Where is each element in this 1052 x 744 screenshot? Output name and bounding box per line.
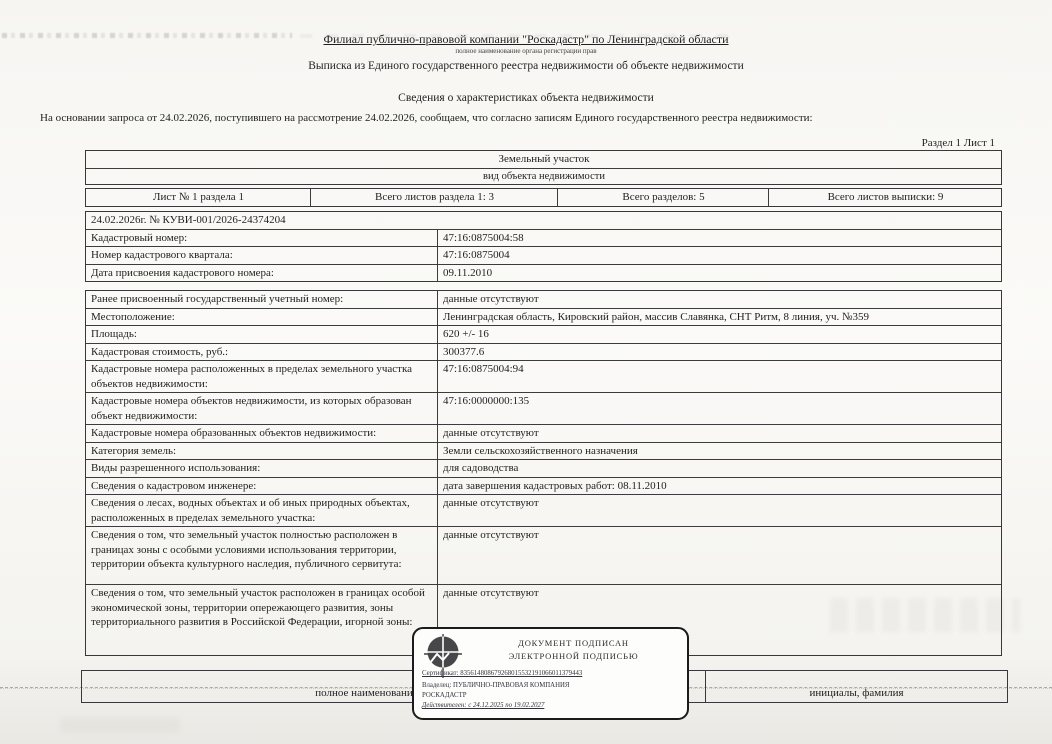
table-row: Сведения о лесах, водных объектах и об и… — [86, 494, 1001, 526]
row-label: Площадь: — [86, 326, 438, 343]
row-value: данные отсутствуют — [438, 291, 1001, 308]
row-value: дата завершения кадастровых работ: 08.11… — [438, 478, 1001, 495]
table-row: Категория земель: Земли сельскохозяйстве… — [86, 442, 1001, 460]
row-value: данные отсутствуют — [438, 495, 1001, 526]
row-label: Номер кадастрового квартала: — [86, 247, 438, 264]
stamp-validity: Действителен: с 24.12.2025 по 19.02.2027 — [422, 701, 679, 711]
sheet-info-cell: Лист № 1 раздела 1 — [86, 189, 311, 206]
table-row: Лист № 1 раздела 1 Всего листов раздела … — [86, 189, 1001, 206]
row-value: 47:16:0875004:58 — [438, 230, 1001, 247]
table-row: Кадастровые номера образованных объектов… — [86, 424, 1001, 442]
stamp-title: ДОКУМЕНТ ПОДПИСАН ЭЛЕКТРОННОЙ ПОДПИСЬЮ — [468, 634, 679, 663]
row-label: Сведения о том, что земельный участок ра… — [86, 585, 438, 655]
row-value: 47:16:0875004 — [438, 247, 1001, 264]
org-caption: полное наименование органа регистрации п… — [0, 47, 1052, 55]
table-row: Кадастровый номер: 47:16:0875004:58 — [86, 229, 1001, 247]
row-label: Ранее присвоенный государственный учетны… — [86, 291, 438, 308]
row-label: Сведения о лесах, водных объектах и об и… — [86, 495, 438, 526]
signature-stamp: ДОКУМЕНТ ПОДПИСАН ЭЛЕКТРОННОЙ ПОДПИСЬЮ С… — [412, 627, 689, 720]
document-page: Филиал публично-правовой компании "Роска… — [0, 0, 1052, 744]
table-row: вид объекта недвижимости — [86, 168, 1001, 185]
row-label: Кадастровая стоимость, руб.: — [86, 344, 438, 361]
table-row: Кадастровые номера объектов недвижимости… — [86, 392, 1001, 424]
table-row: Площадь: 620 +/- 16 — [86, 325, 1001, 343]
row-label: Кадастровые номера расположенных в преде… — [86, 361, 438, 392]
row-label: Кадастровые номера объектов недвижимости… — [86, 393, 438, 424]
table-row: Сведения о кадастровом инженере: дата за… — [86, 477, 1001, 495]
table-row: Кадастровые номера расположенных в преде… — [86, 360, 1001, 392]
request-number: 24.02.2026г. № КУВИ-001/2026-24374204 — [86, 212, 1001, 229]
row-label: Сведения о том, что земельный участок по… — [86, 527, 438, 584]
table-row: Номер кадастрового квартала: 47:16:08750… — [86, 246, 1001, 264]
row-value: данные отсутствуют — [438, 425, 1001, 442]
table-row: Ранее присвоенный государственный учетны… — [86, 291, 1001, 308]
row-value: 300377.6 — [438, 344, 1001, 361]
request-line: На основании запроса от 24.02.2026, пост… — [40, 112, 940, 124]
sheet-info-table: Лист № 1 раздела 1 Всего листов раздела … — [85, 188, 1002, 207]
scan-ghost-watermark-2 — [60, 718, 180, 732]
table-row: Дата присвоения кадастрового номера: 09.… — [86, 264, 1001, 282]
row-value: Ленинградская область, Кировский район, … — [438, 309, 1001, 326]
globe-icon — [424, 633, 462, 684]
sheet-info-cell: Всего листов раздела 1: 3 — [311, 189, 558, 206]
row-value: 47:16:0000000:135 — [438, 393, 1001, 424]
object-type-value: Земельный участок — [86, 151, 1001, 168]
table-row: Виды разрешенного использования: для сад… — [86, 459, 1001, 477]
request-number-row: 24.02.2026г. № КУВИ-001/2026-24374204 — [86, 212, 1001, 229]
doc-title: Выписка из Единого государственного реес… — [0, 60, 1052, 72]
table-row: Земельный участок — [86, 151, 1001, 168]
row-label: Категория земель: — [86, 443, 438, 460]
table-row: Сведения о том, что земельный участок по… — [86, 526, 1001, 584]
row-value: данные отсутствуют — [438, 527, 1001, 584]
row-value: 09.11.2010 — [438, 265, 1001, 282]
section-title: Сведения о характеристиках объекта недви… — [0, 92, 1052, 104]
row-label: Дата присвоения кадастрового номера: — [86, 265, 438, 282]
stamp-title-line1: ДОКУМЕНТ ПОДПИСАН — [468, 637, 679, 650]
row-label: Местоположение: — [86, 309, 438, 326]
sheet-info-cell: Всего листов выписки: 9 — [769, 189, 1001, 206]
footer-name-cell: инициалы, фамилия — [706, 671, 1007, 702]
table-row: Местоположение: Ленинградская область, К… — [86, 308, 1001, 326]
row-value: 620 +/- 16 — [438, 326, 1001, 343]
row-label: Кадастровый номер: — [86, 230, 438, 247]
row-label: Виды разрешенного использования: — [86, 460, 438, 477]
row-label: Кадастровые номера образованных объектов… — [86, 425, 438, 442]
object-type-table: Земельный участок вид объекта недвижимос… — [85, 150, 1002, 185]
stamp-title-line2: ЭЛЕКТРОННОЙ ПОДПИСЬЮ — [468, 650, 679, 663]
sheet-info-cell: Всего разделов: 5 — [558, 189, 769, 206]
details-table: Ранее присвоенный государственный учетны… — [85, 290, 1002, 656]
table-row: Кадастровая стоимость, руб.: 300377.6 — [86, 343, 1001, 361]
row-value: для садоводства — [438, 460, 1001, 477]
row-value: Земли сельскохозяйственного назначения — [438, 443, 1001, 460]
object-type-caption: вид объекта недвижимости — [86, 169, 1001, 185]
row-value: 47:16:0875004:94 — [438, 361, 1001, 392]
row-label: Сведения о кадастровом инженере: — [86, 478, 438, 495]
org-title: Филиал публично-правовой компании "Роска… — [0, 32, 1052, 47]
section-sheet-label: Раздел 1 Лист 1 — [0, 137, 995, 149]
cadastral-table: 24.02.2026г. № КУВИ-001/2026-24374204 Ка… — [85, 211, 1002, 282]
